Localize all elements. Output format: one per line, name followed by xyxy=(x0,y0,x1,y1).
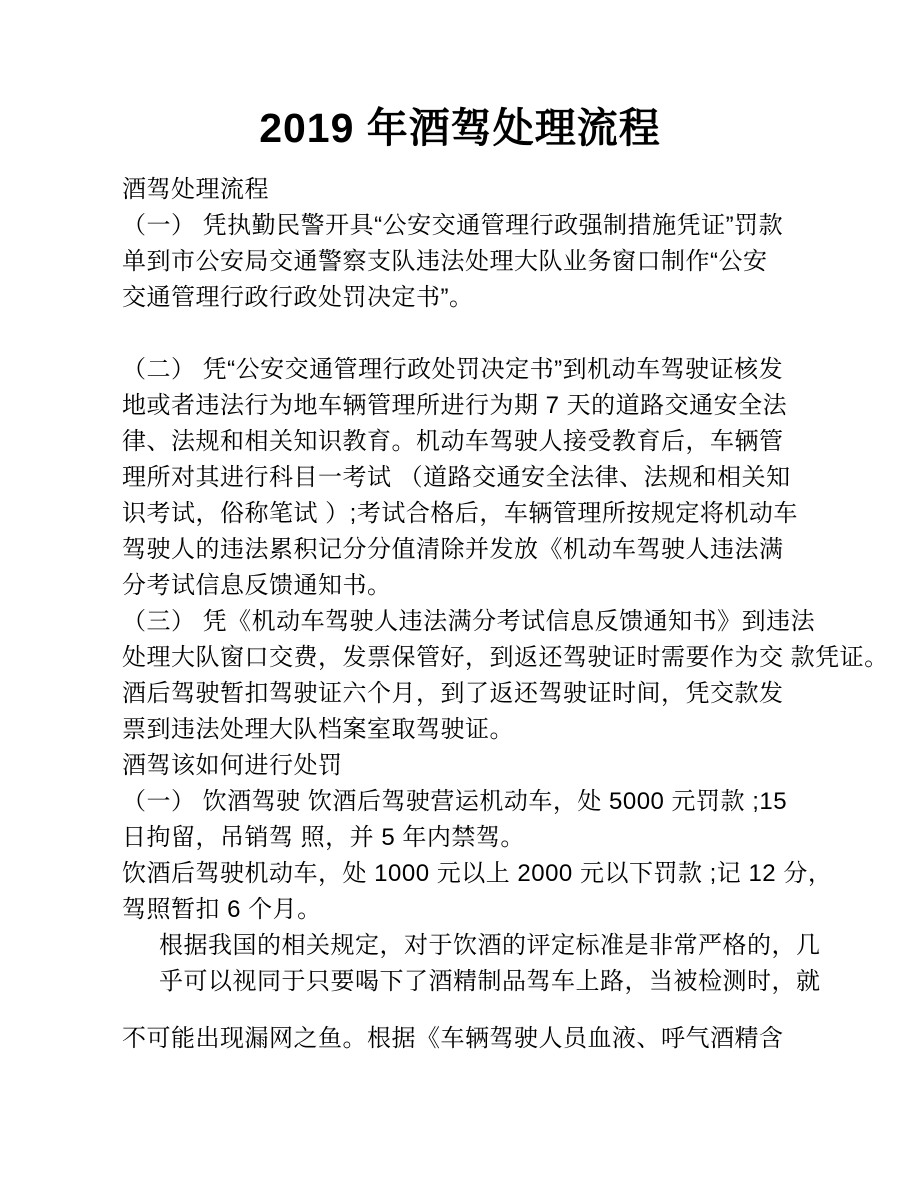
text-line: 理所对其进行科目一考试 （道路交通安全法律、法规和相关知 xyxy=(122,460,812,496)
document-body: 酒驾处理流程（一） 凭执勤民警开具“公安交通管理行政强制措施凭证”罚款单到市公安… xyxy=(122,172,812,1057)
text-line: 酒后驾驶暂扣驾驶证六个月，到了返还驾驶证时间，凭交款发 xyxy=(122,676,812,712)
text-line: 日拘留，吊销驾 照，并 5 年内禁驾。 xyxy=(122,820,812,856)
text-line: 分考试信息反馈通知书。 xyxy=(122,568,812,604)
text-line: 单到市公安局交通警察支队违法处理大队业务窗口制作“公安 xyxy=(122,244,812,280)
document-title: 2019 年酒驾处理流程 xyxy=(0,0,920,154)
text-line: 票到违法处理大队档案室取驾驶证。 xyxy=(122,712,812,748)
text-line: 处理大队窗口交费，发票保管好，到返还驾驶证时需要作为交 款凭证。 xyxy=(122,640,812,676)
text-line: 律、法规和相关知识教育。机动车驾驶人接受教育后，车辆管 xyxy=(122,424,812,460)
text-line: 地或者违法行为地车辆管理所进行为期 7 天的道路交通安全法 xyxy=(122,388,812,424)
text-line: 酒驾处理流程 xyxy=(122,172,812,208)
text-line: 交通管理行政行政处罚决定书”。 xyxy=(122,280,812,316)
text-line: 驾照暂扣 6 个月。 xyxy=(122,892,812,928)
text-line: （一） 饮酒驾驶 饮酒后驾驶营运机动车，处 5000 元罚款 ;15 xyxy=(122,784,812,820)
text-line: （二） 凭“公安交通管理行政处罚决定书”到机动车驾驶证核发 xyxy=(122,352,812,388)
text-line: 酒驾该如何进行处罚 xyxy=(122,748,812,784)
text-line: （一） 凭执勤民警开具“公安交通管理行政强制措施凭证”罚款 xyxy=(122,208,812,244)
document-page: 2019 年酒驾处理流程 酒驾处理流程（一） 凭执勤民警开具“公安交通管理行政强… xyxy=(0,0,920,1192)
text-line: （三） 凭《机动车驾驶人违法满分考试信息反馈通知书》到违法 xyxy=(122,604,812,640)
text-line: 识考试，俗称笔试 ）;考试合格后，车辆管理所按规定将机动车 xyxy=(122,496,812,532)
text-line: 根据我国的相关规定，对于饮酒的评定标准是非常严格的，几 xyxy=(122,928,812,964)
text-line: 驾驶人的违法累积记分分值清除并发放《机动车驾驶人违法满 xyxy=(122,532,812,568)
text-line: 不可能出现漏网之鱼。根据《车辆驾驶人员血液、呼气酒精含 xyxy=(122,1021,812,1057)
text-line: 乎可以视同于只要喝下了酒精制品驾车上路，当被检测时，就 xyxy=(122,964,812,1000)
text-line: 饮酒后驾驶机动车，处 1000 元以上 2000 元以下罚款 ;记 12 分， xyxy=(122,856,812,892)
